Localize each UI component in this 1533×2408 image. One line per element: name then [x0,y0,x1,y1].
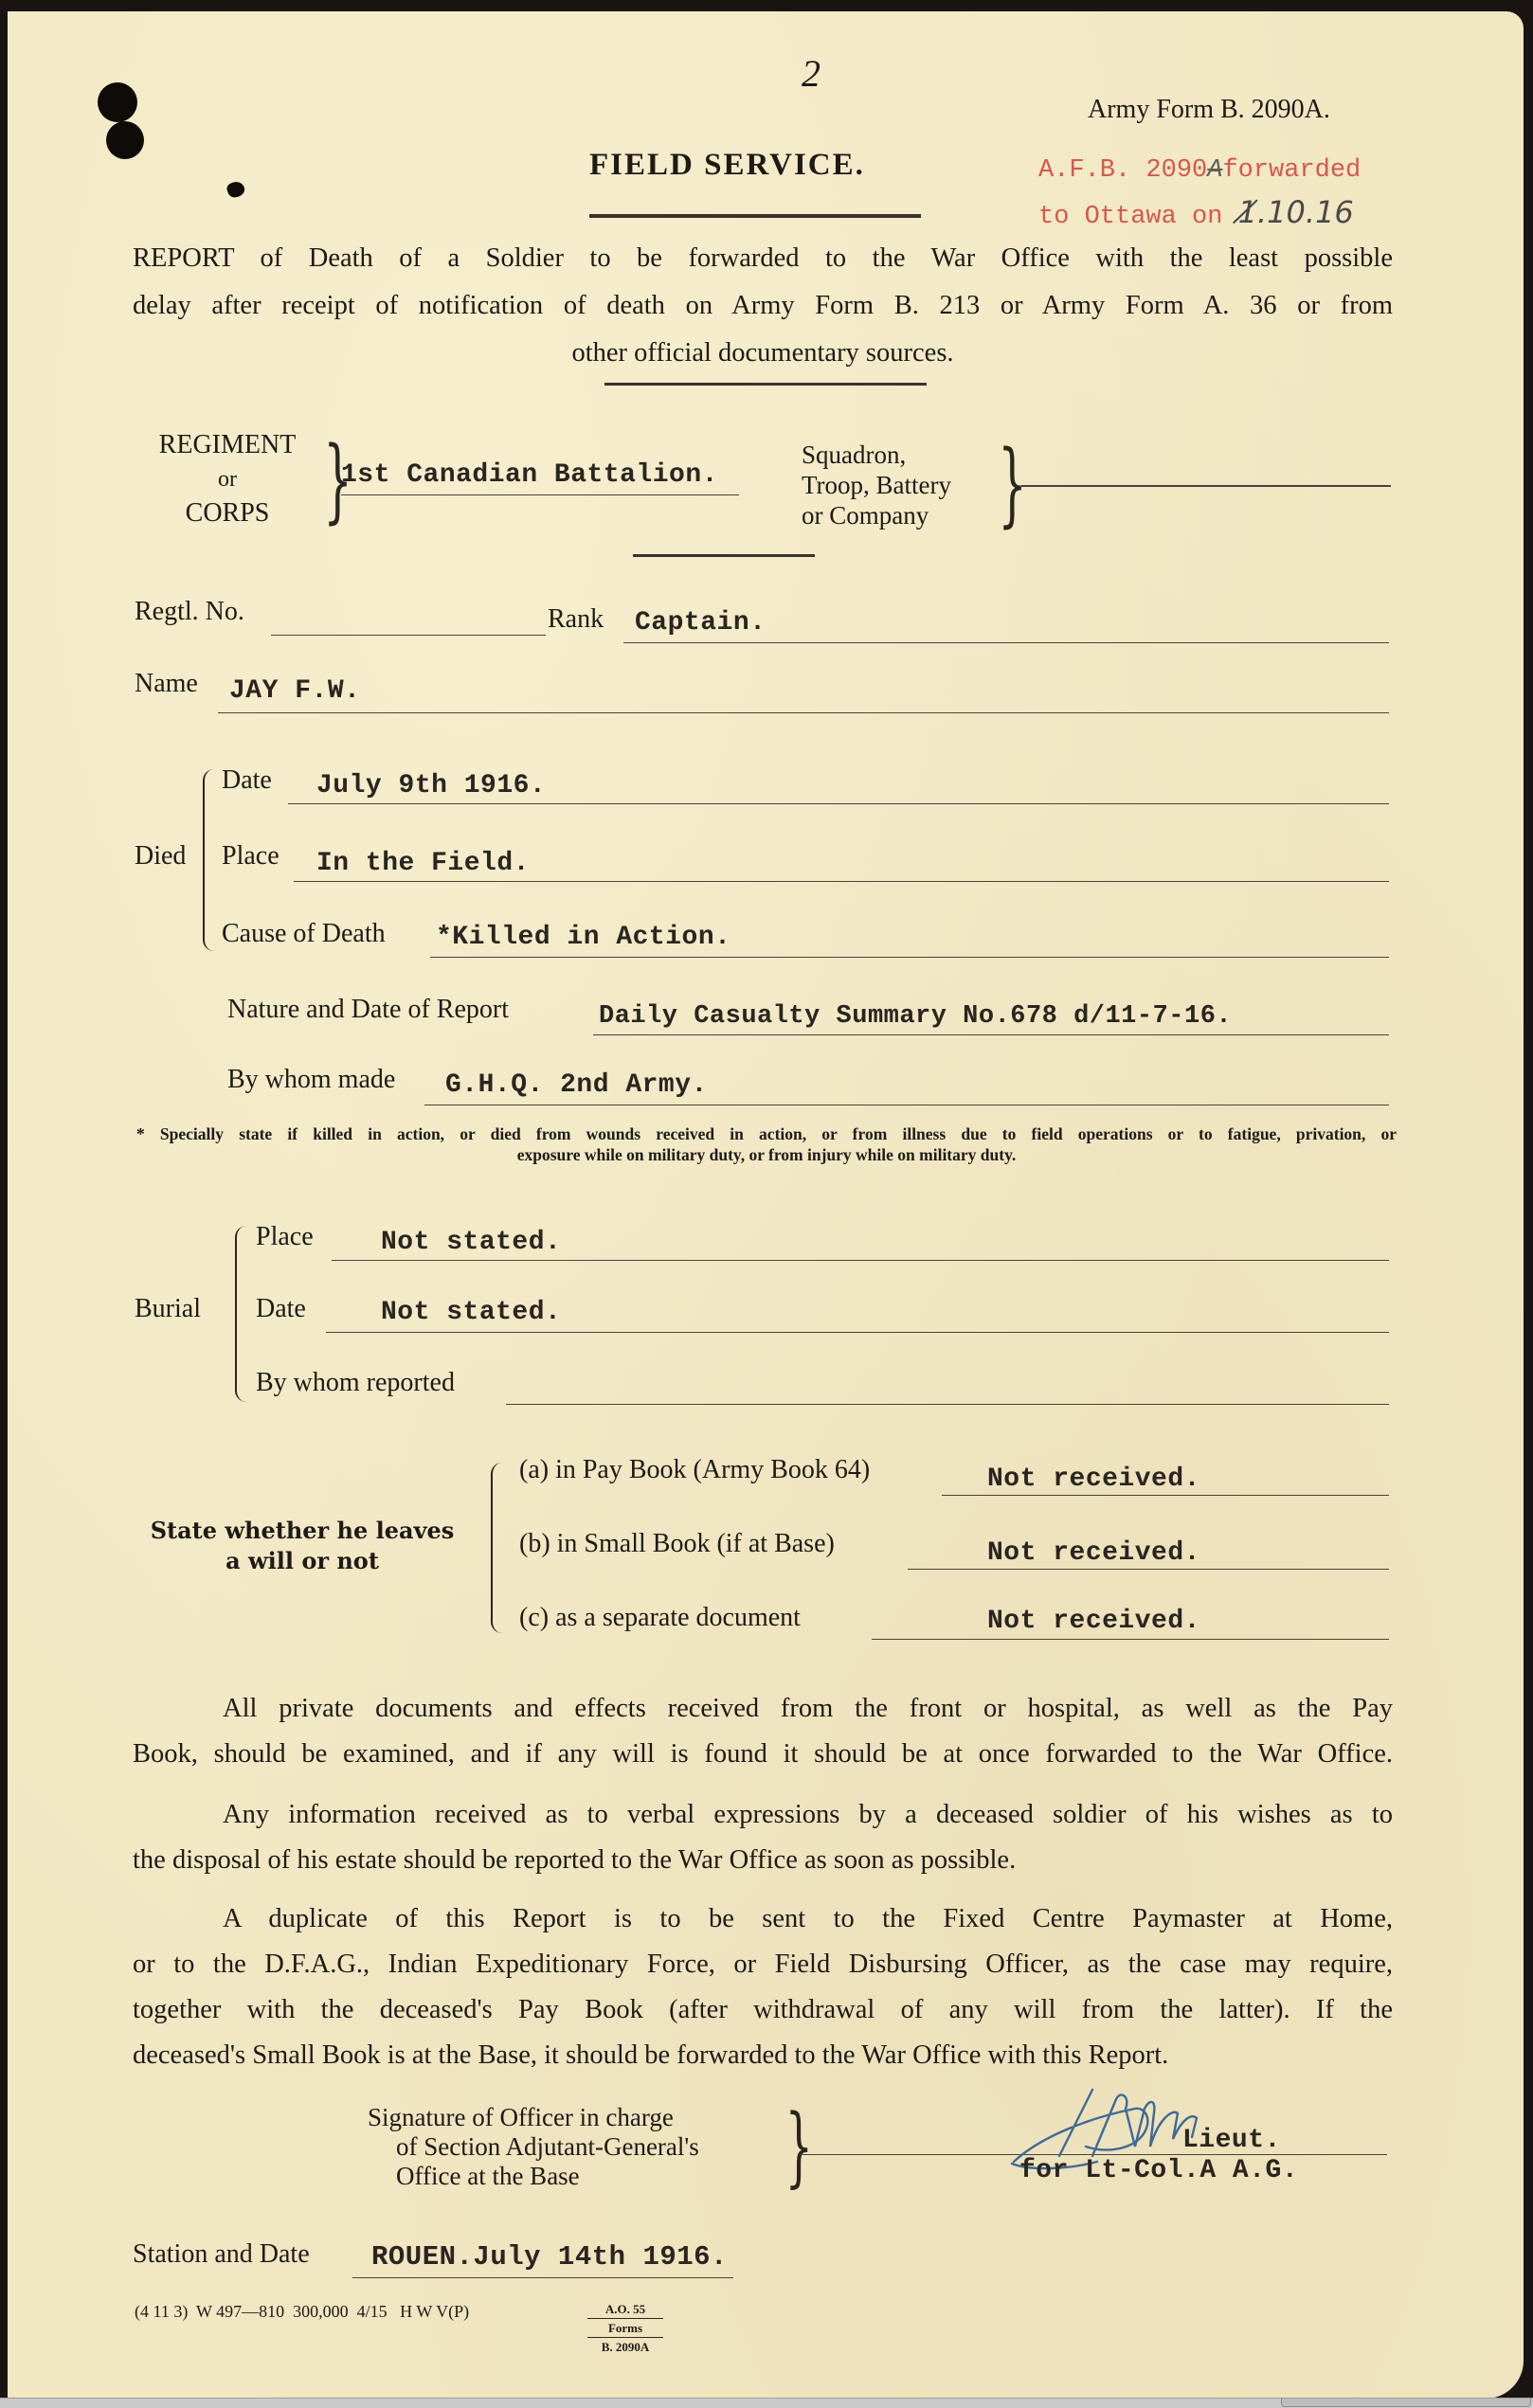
nature-underline [593,1034,1389,1035]
viewer-scrollbar[interactable] [0,2398,1533,2408]
squadron-label: Squadron, Troop, Battery or Company [802,440,951,530]
died-date-label: Date [222,765,272,796]
will-label: State whether he leaves a will or not [135,1516,470,1576]
burial-date-underline [326,1332,1389,1333]
intro-paragraph: REPORT of Death of a Soldier to be forwa… [133,235,1393,377]
burial-place-underline [332,1260,1389,1261]
will-small-book-value[interactable]: Not received. [987,1538,1200,1568]
instructions-paragraph-2: Any information received as to verbal ex… [133,1792,1393,1883]
brace-icon: } [785,2099,813,2194]
regtl-no-field[interactable] [271,635,546,636]
footnote: * Specially state if killed in action, o… [136,1123,1397,1165]
divider [633,554,815,557]
form-id: Army Form B. 2090A. [1088,95,1330,125]
stamp-struck-letter: A [1207,156,1222,185]
will-small-book-underline [908,1569,1389,1570]
will-pay-book-value[interactable]: Not received. [987,1465,1200,1494]
cause-value[interactable]: *Killed in Action. [436,923,730,952]
by-whom-made-value[interactable]: G.H.Q. 2nd Army. [445,1070,708,1100]
burial-label: Burial [135,1294,201,1324]
burial-date-value[interactable]: Not stated. [381,1298,561,1327]
regtl-no-label: Regtl. No. [135,597,244,627]
died-date-value[interactable]: July 9th 1916. [316,771,546,800]
page-number: 2 [802,51,821,96]
burial-place-label: Place [256,1222,314,1252]
signature-rank: Lieut. [1182,2126,1281,2155]
torn-mark-icon [225,179,246,199]
rank-value[interactable]: Captain. [635,608,766,638]
burial-date-label: Date [256,1294,306,1324]
document-page: 2 Army Form B. 2090A. FIELD SERVICE. A.F… [8,11,1524,2399]
signature-for-title: for Lt-Col.A A.G. [1019,2156,1298,2185]
will-separate-value[interactable]: Not received. [987,1607,1200,1636]
print-imprint: (4 11 3) W 497—810 300,000 4/15 H W V(P) [135,2302,469,2322]
form-title: FIELD SERVICE. [589,148,865,183]
name-label: Name [135,669,198,699]
station-underline [352,2277,733,2278]
will-separate-label: (c) as a separate document [519,1603,801,1633]
regiment-label: REGIMENT or CORPS [133,428,322,530]
punch-hole-icon [106,121,144,159]
brace-icon: } [998,432,1027,536]
instructions-paragraph-3: A duplicate of this Report is to be sent… [133,1896,1393,2078]
station-label: Station and Date [133,2239,310,2270]
burial-bracket [235,1226,246,1402]
will-pay-book-underline [942,1495,1389,1496]
rank-underline [623,642,1389,643]
divider [604,383,927,386]
squadron-field[interactable] [1021,485,1391,487]
ao-forms-ref: A.O. 55 Forms B. 2090A [587,2300,663,2356]
will-pay-book-label: (a) in Pay Book (Army Book 64) [519,1455,870,1485]
cause-underline [430,957,1389,958]
regiment-value[interactable]: 1st Canadian Battalion. [341,460,718,490]
cause-label: Cause of Death [222,919,386,949]
forwarded-stamp: A.F.B. 2090Aforwarded to Ottawa on 1̸̸.1… [1038,150,1436,238]
nature-label: Nature and Date of Report [227,995,509,1025]
burial-reporter-label: By whom reported [256,1368,455,1398]
died-date-underline [288,803,1389,804]
burial-reporter-field[interactable] [506,1404,1389,1405]
title-underline [589,214,921,218]
signature-label: Signature of Officer in charge of Sectio… [368,2103,699,2191]
pencil-date: 1̸̸.10.16 [1238,194,1354,230]
regiment-underline [341,494,739,495]
died-bracket [203,769,214,951]
will-bracket [491,1463,502,1633]
instructions-paragraph-1: All private documents and effects receiv… [133,1686,1393,1777]
name-value[interactable]: JAY F.W. [229,676,360,706]
died-place-label: Place [222,841,280,872]
rank-label: Rank [548,604,604,635]
died-label: Died [135,841,186,872]
nature-value[interactable]: Daily Casualty Summary No.678 d/11-7-16. [599,1002,1232,1031]
by-whom-made-label: By whom made [227,1065,395,1095]
station-value[interactable]: ROUEN.July 14th 1916. [371,2241,728,2273]
died-place-value[interactable]: In the Field. [316,849,530,878]
scrollbar-thumb[interactable] [1281,2399,1531,2407]
burial-place-value[interactable]: Not stated. [381,1228,561,1257]
punch-hole-icon [98,82,137,122]
by-whom-made-underline [424,1105,1389,1105]
will-small-book-label: (b) in Small Book (if at Base) [519,1529,835,1559]
died-place-underline [294,881,1389,882]
will-separate-underline [872,1639,1389,1640]
name-underline [218,712,1389,713]
